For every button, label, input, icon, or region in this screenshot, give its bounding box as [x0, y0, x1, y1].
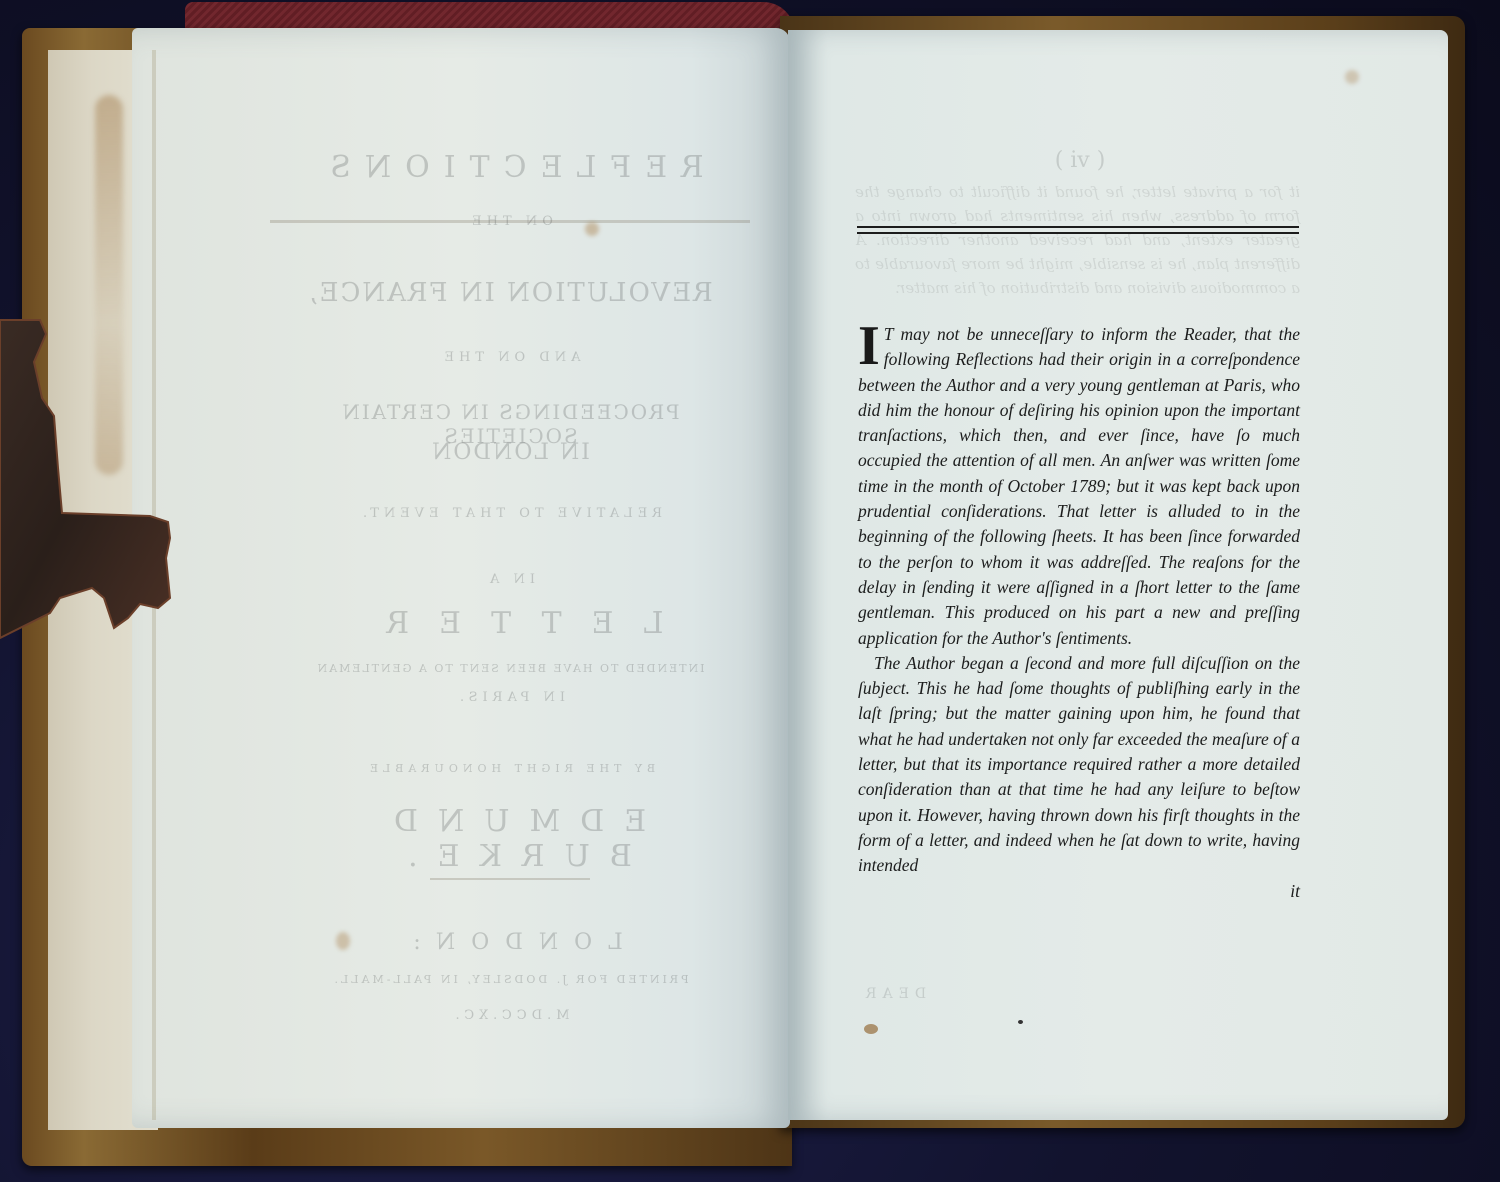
- paragraph-text: T may not be unneceſſary to inform the R…: [858, 324, 1300, 648]
- drop-cap: I: [858, 324, 880, 368]
- paragraph: IT may not be unneceſſary to inform the …: [858, 322, 1300, 651]
- foxing-spot: [1345, 70, 1359, 84]
- foxing-spot: [864, 1024, 878, 1034]
- header-double-rule: [857, 224, 1299, 236]
- ghost-title-line: IN LONDON: [270, 440, 750, 465]
- foxing-spot: [336, 932, 350, 950]
- ghost-title-line: IN PARIS.: [270, 690, 750, 705]
- metal-clasp: [0, 298, 180, 643]
- paragraph-text: The Author began a ſecond and more full …: [858, 653, 1300, 875]
- ghost-title-line: INTENDED TO HAVE BEEN SENT TO A GENTLEMA…: [270, 662, 750, 675]
- ghost-title-line: EDMUND BURKE.: [270, 804, 750, 874]
- ink-speck: [1018, 1020, 1023, 1024]
- ghost-title-line: REVOLUTION IN FRANCE,: [270, 278, 750, 308]
- rule-line: [857, 226, 1299, 228]
- ghost-title-line: BY THE RIGHT HONOURABLE: [270, 762, 750, 775]
- catchword: it: [858, 879, 1300, 904]
- rule-line: [857, 232, 1299, 234]
- reverse-text-bleed-through: it for a private letter, he found it dif…: [855, 180, 1300, 300]
- preface-text: IT may not be unneceſſary to inform the …: [858, 322, 1300, 904]
- ghost-rule: [430, 878, 590, 880]
- ghost-title-line: ON THE: [270, 214, 750, 229]
- ghost-word: DEAR: [860, 986, 926, 1002]
- title-page-bleed-through: REFLECTIONS ON THE REVOLUTION IN FRANCE,…: [270, 150, 750, 1030]
- paragraph: The Author began a ſecond and more full …: [858, 651, 1300, 879]
- ghost-title-line: AND ON THE: [270, 350, 750, 365]
- ghost-title-line: REFLECTIONS: [270, 150, 750, 185]
- foxing-spot: [585, 222, 599, 236]
- ghost-title-line: IN A: [270, 572, 750, 587]
- page-number-ghost: ( iv ): [1020, 148, 1140, 173]
- ghost-title-line: PRINTED FOR J. DODSLEY, IN PALL-MALL.: [270, 973, 750, 986]
- ghost-title-line: M.DCC.XC.: [270, 1008, 750, 1023]
- ghost-title-line: RELATIVE TO THAT EVENT.: [270, 506, 750, 521]
- ghost-title-line: LETTER: [270, 606, 750, 641]
